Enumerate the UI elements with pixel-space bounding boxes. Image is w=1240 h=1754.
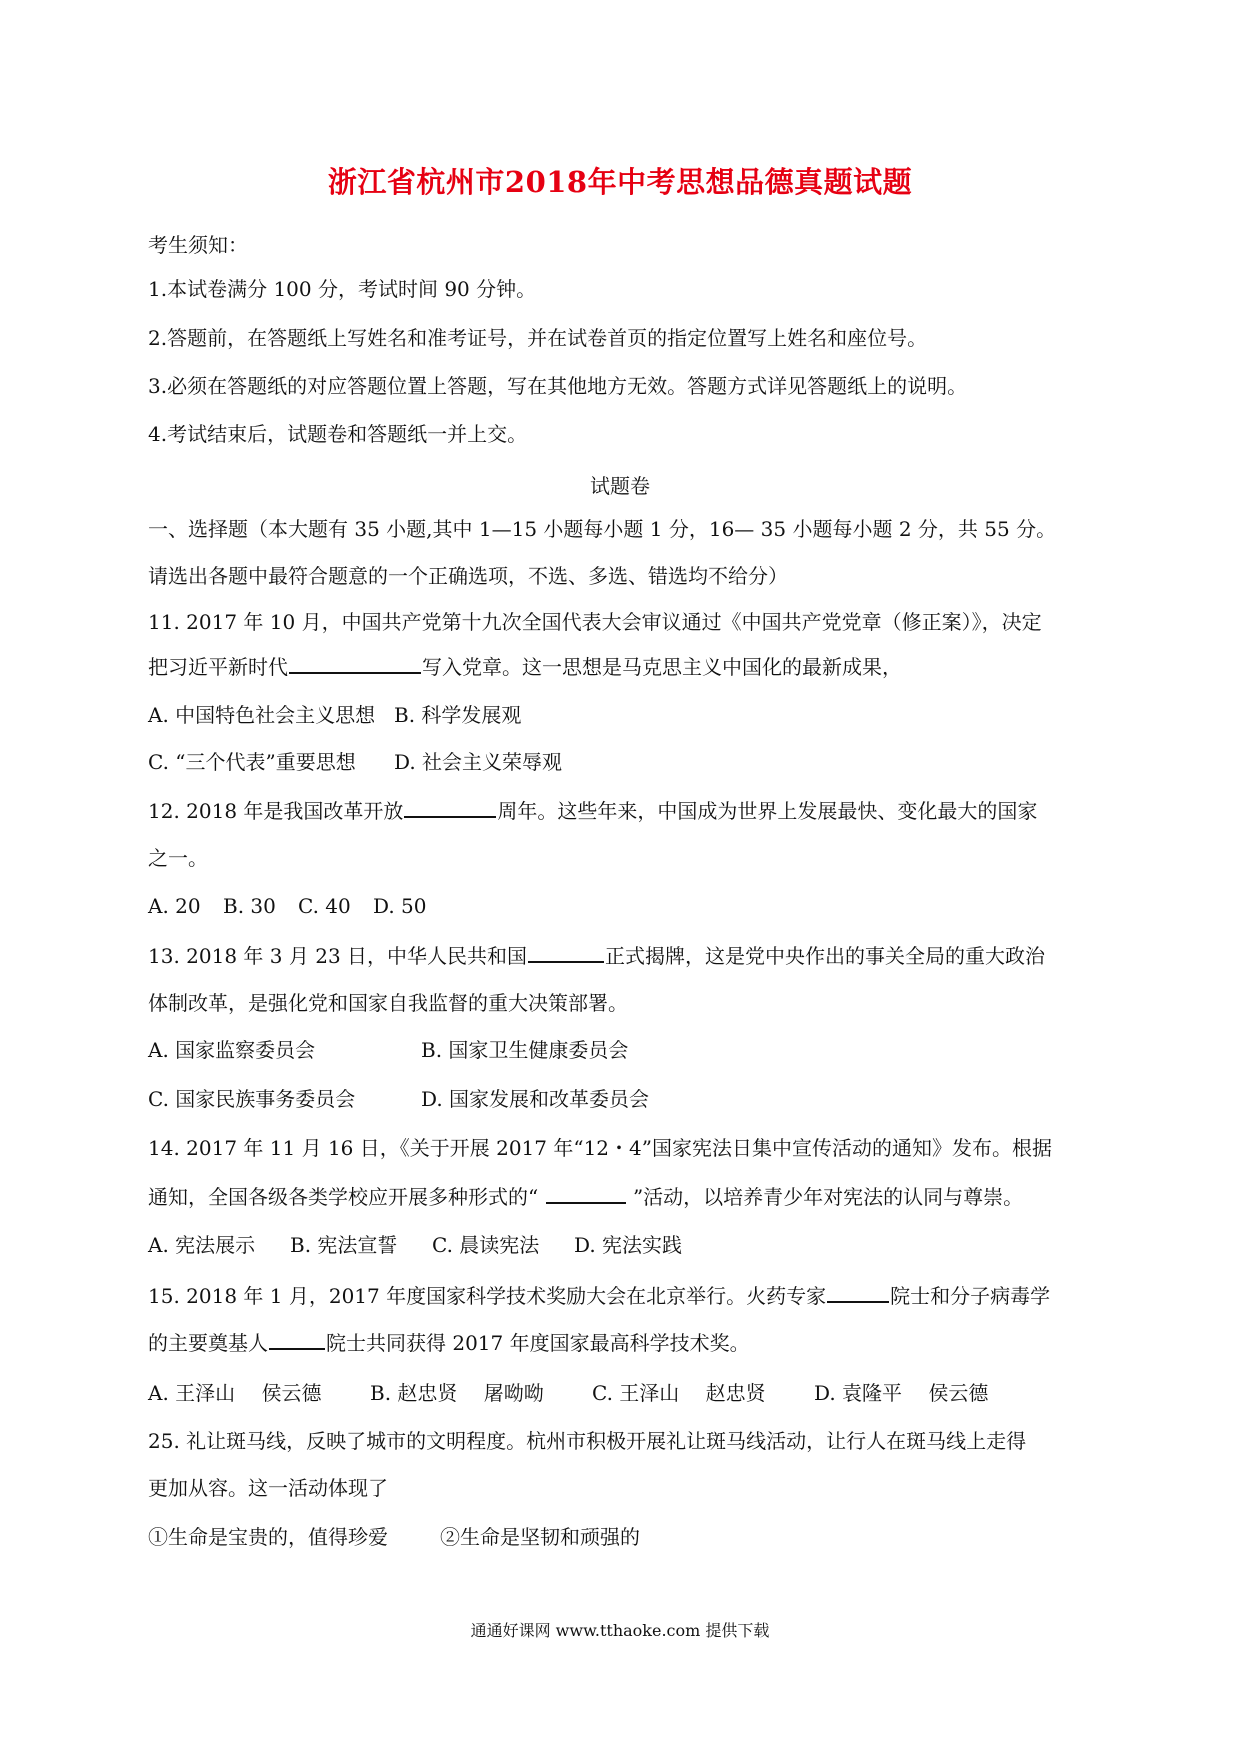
question-12-text-before: 12. 2018 年是我国改革开放 (148, 799, 403, 823)
question-15-options: A. 王泽山 侯云德B. 赵忠贤 屠呦呦C. 王泽山 赵忠贤D. 袁隆平 侯云德 (148, 1379, 1098, 1407)
answer-blank (404, 798, 496, 818)
statement-2: ②生命是坚韧和顽强的 (440, 1523, 640, 1551)
question-15-text-after: 院士和分子病毒学 (890, 1284, 1050, 1308)
notice-item-2: 2.答题前，在答题纸上写姓名和准考证号，并在试卷首页的指定位置写上姓名和座位号。 (148, 324, 1098, 352)
question-13-line-1: 13. 2018 年 3 月 23 日，中华人民共和国正式揭牌，这是党中央作出的… (148, 942, 1098, 970)
question-14-line-1: 14. 2017 年 11 月 16 日，《关于开展 2017 年“12・4”国… (148, 1134, 1098, 1162)
question-15-line-1: 15. 2018 年 1 月，2017 年度国家科学技术奖励大会在北京举行。火药… (148, 1282, 1098, 1310)
question-14-text-after: ”活动，以培养青少年对宪法的认同与尊崇。 (627, 1185, 1024, 1209)
option-c: C. 晨读宪法 (432, 1231, 574, 1259)
option-a: A. 宪法展示 (148, 1231, 290, 1259)
section-heading: 试题卷 (0, 472, 1240, 500)
notice-heading: 考生须知： (148, 231, 1098, 259)
option-a: A. 王泽山 侯云德 (148, 1379, 370, 1407)
option-b: B. 国家卫生健康委员会 (421, 1036, 628, 1064)
question-12-line-1: 12. 2018 年是我国改革开放周年。这些年来，中国成为世界上发展最快、变化最… (148, 797, 1098, 825)
answer-blank (528, 943, 604, 963)
question-14-line-2: 通知，全国各级各类学校应开展多种形式的“ ”活动，以培养青少年对宪法的认同与尊崇… (148, 1183, 1098, 1211)
question-14-options: A. 宪法展示B. 宪法宣誓C. 晨读宪法D. 宪法实践 (148, 1231, 1098, 1259)
answer-blank (289, 654, 421, 674)
document-title: 浙江省杭州市2018年中考思想品德真题试题 (0, 160, 1240, 201)
option-b: B. 科学发展观 (394, 701, 521, 729)
question-13-options-row-2: C. 国家民族事务委员会D. 国家发展和改革委员会 (148, 1085, 1098, 1113)
question-25-line-1: 25. 礼让斑马线，反映了城市的文明程度。杭州市积极开展礼让斑马线活动，让行人在… (148, 1427, 1098, 1455)
question-11-text-before: 把习近平新时代 (148, 655, 288, 679)
option-a: A. 国家监察委员会 (148, 1036, 421, 1064)
question-13-options-row-1: A. 国家监察委员会B. 国家卫生健康委员会 (148, 1036, 1098, 1064)
exam-page: 浙江省杭州市2018年中考思想品德真题试题 考生须知： 1.本试卷满分 100 … (0, 0, 1240, 1754)
question-13-line-2: 体制改革，是强化党和国家自我监督的重大决策部署。 (148, 989, 1098, 1017)
question-25-line-2: 更加从容。这一活动体现了 (148, 1474, 1098, 1502)
option-d: D. 宪法实践 (574, 1231, 682, 1259)
question-12-options: A. 20B. 30C. 40D. 50 (148, 892, 1098, 920)
option-b: B. 赵忠贤 屠呦呦 (370, 1379, 592, 1407)
part-one-instructions-1: 一、选择题（本大题有 35 小题,其中 1—15 小题每小题 1 分，16— 3… (148, 515, 1098, 543)
statement-1: ①生命是宝贵的，值得珍爱 (148, 1523, 440, 1551)
question-11-options-row-2: C. “三个代表”重要思想D. 社会主义荣辱观 (148, 748, 1098, 776)
option-d: D. 国家发展和改革委员会 (421, 1085, 649, 1113)
option-a: A. 中国特色社会主义思想 (148, 701, 394, 729)
option-c: C. “三个代表”重要思想 (148, 748, 394, 776)
part-one-instructions-2: 请选出各题中最符合题意的一个正确选项，不选、多选、错选均不给分） (148, 562, 1098, 590)
question-15-text-after-2: 院士共同获得 2017 年度国家最高科学技术奖。 (326, 1331, 750, 1355)
question-11-text-after: 写入党章。这一思想是马克思主义中国化的最新成果， (422, 655, 902, 679)
question-15-line-2: 的主要奠基人院士共同获得 2017 年度国家最高科学技术奖。 (148, 1329, 1098, 1357)
option-d: D. 袁隆平 侯云德 (814, 1379, 988, 1407)
answer-blank (546, 1184, 626, 1204)
question-15-text-before-2: 的主要奠基人 (148, 1331, 268, 1355)
option-d: D. 社会主义荣辱观 (394, 748, 562, 776)
question-12-text-after: 周年。这些年来，中国成为世界上发展最快、变化最大的国家 (497, 799, 1037, 823)
option-b: B. 宪法宣誓 (290, 1231, 432, 1259)
option-a: A. 20 (148, 892, 223, 920)
option-d: D. 50 (373, 892, 427, 920)
question-11-options-row-1: A. 中国特色社会主义思想B. 科学发展观 (148, 701, 1098, 729)
page-footer: 通通好课网 www.tthaoke.com 提供下载 (0, 1620, 1240, 1642)
option-b: B. 30 (223, 892, 298, 920)
question-13-text-before: 13. 2018 年 3 月 23 日，中华人民共和国 (148, 944, 527, 968)
option-c: C. 40 (298, 892, 373, 920)
question-14-text-before: 通知，全国各级各类学校应开展多种形式的“ (148, 1185, 545, 1209)
question-12-line-2: 之一。 (148, 844, 1098, 872)
question-25-statements: ①生命是宝贵的，值得珍爱②生命是坚韧和顽强的 (148, 1523, 1098, 1551)
question-11-line-2: 把习近平新时代写入党章。这一思想是马克思主义中国化的最新成果， (148, 653, 1098, 681)
notice-item-3: 3.必须在答题纸的对应答题位置上答题，写在其他地方无效。答题方式详见答题纸上的说… (148, 372, 1098, 400)
answer-blank (827, 1283, 889, 1303)
notice-item-1: 1.本试卷满分 100 分，考试时间 90 分钟。 (148, 275, 1098, 303)
question-11-line-1: 11. 2017 年 10 月，中国共产党第十九次全国代表大会审议通过《中国共产… (148, 608, 1098, 636)
notice-item-4: 4.考试结束后，试题卷和答题纸一并上交。 (148, 420, 1098, 448)
option-c: C. 王泽山 赵忠贤 (592, 1379, 814, 1407)
answer-blank (269, 1330, 325, 1350)
option-c: C. 国家民族事务委员会 (148, 1085, 421, 1113)
question-13-text-after: 正式揭牌，这是党中央作出的事关全局的重大政治 (605, 944, 1045, 968)
question-15-text-before: 15. 2018 年 1 月，2017 年度国家科学技术奖励大会在北京举行。火药… (148, 1284, 826, 1308)
